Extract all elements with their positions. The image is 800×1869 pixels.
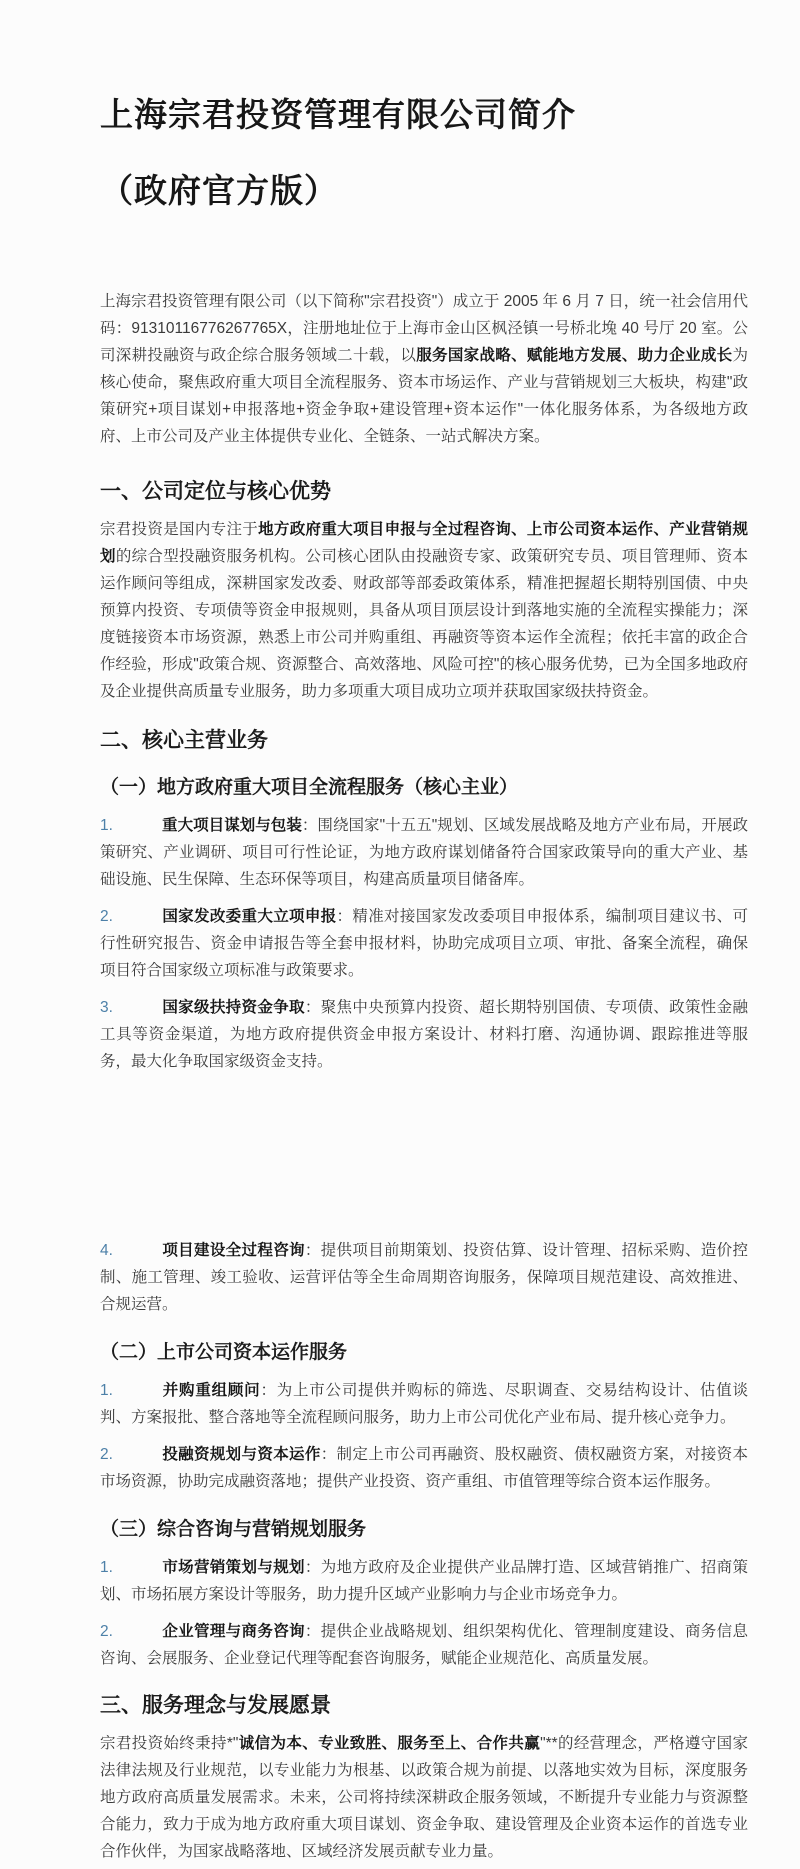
item-label: 企业管理与商务咨询 [162, 1623, 305, 1640]
list-item-ndrc-application: 2.国家发改委重大立项申报：精准对接国家发改委项目申报体系，编制项目建议书、可行… [100, 903, 748, 984]
heading-service-philosophy: 三、服务理念与发展愿景 [100, 1692, 748, 1720]
item-label: 项目建设全过程咨询 [162, 1242, 305, 1259]
list-item-management-consulting: 2.企业管理与商务咨询：提供企业战略规划、组织架构优化、管理制度建设、商务信息咨… [100, 1618, 748, 1672]
list-item-financing-capital-operation: 2.投融资规划与资本运作：制定上市公司再融资、股权融资、债权融资方案，对接资本市… [100, 1441, 748, 1495]
item-label: 并购重组顾问 [162, 1382, 260, 1399]
item-label: 国家级扶持资金争取 [162, 999, 305, 1016]
document-subtitle: （政府官方版） [100, 170, 748, 212]
item-number: 1. [100, 1554, 162, 1581]
list-item-construction-consulting: 4.项目建设全过程咨询：提供项目前期策划、投资估算、设计管理、招标采购、造价控制… [100, 1237, 748, 1318]
list-item-marketing-planning: 1.市场营销策划与规划：为地方政府及企业提供产业品牌打造、区域营销推广、招商策划… [100, 1554, 748, 1608]
service-philosophy-paragraph: 宗君投资始终秉持*"诚信为本、专业致胜、服务至上、合作共赢"**的经营理念，严格… [100, 1730, 748, 1865]
document-title: 上海宗君投资管理有限公司简介 [100, 0, 748, 136]
subheading-consulting-marketing-services: （三）综合咨询与营销规划服务 [100, 1517, 748, 1542]
item-number: 3. [100, 994, 162, 1021]
item-number: 2. [100, 1618, 162, 1645]
item-number: 2. [100, 903, 162, 930]
page-break-gap [100, 1075, 748, 1225]
list-item-ma-advisory: 1.并购重组顾问：为上市公司提供并购标的筛选、尽职调查、交易结构设计、估值谈判、… [100, 1377, 748, 1431]
item-label: 投融资规划与资本运作 [162, 1446, 321, 1463]
item-number: 1. [100, 1377, 162, 1404]
company-positioning-paragraph: 宗君投资是国内专注于地方政府重大项目申报与全过程咨询、上市公司资本运作、产业营销… [100, 516, 748, 705]
item-label: 市场营销策划与规划 [162, 1559, 305, 1576]
list-item-project-planning: 1.重大项目谋划与包装：围绕国家"十五五"规划、区域发展战略及地方产业布局，开展… [100, 812, 748, 893]
item-number: 1. [100, 812, 162, 839]
subheading-government-project-services: （一）地方政府重大项目全流程服务（核心主业） [100, 775, 748, 800]
item-number: 4. [100, 1237, 162, 1264]
list-item-national-funding: 3.国家级扶持资金争取：聚焦中央预算内投资、超长期特别国债、专项债、政策性金融工… [100, 994, 748, 1075]
item-number: 2. [100, 1441, 162, 1468]
company-profile-document: 上海宗君投资管理有限公司简介 （政府官方版） 上海宗君投资管理有限公司（以下简称… [0, 0, 800, 1869]
item-label: 重大项目谋划与包装 [162, 817, 302, 834]
subheading-listed-company-capital-services: （二）上市公司资本运作服务 [100, 1340, 748, 1365]
item-label: 国家发改委重大立项申报 [162, 908, 337, 925]
heading-company-positioning: 一、公司定位与核心优势 [100, 478, 748, 506]
intro-paragraph: 上海宗君投资管理有限公司（以下简称"宗君投资"）成立于 2005 年 6 月 7… [100, 288, 748, 450]
heading-core-business: 二、核心主营业务 [100, 727, 748, 755]
